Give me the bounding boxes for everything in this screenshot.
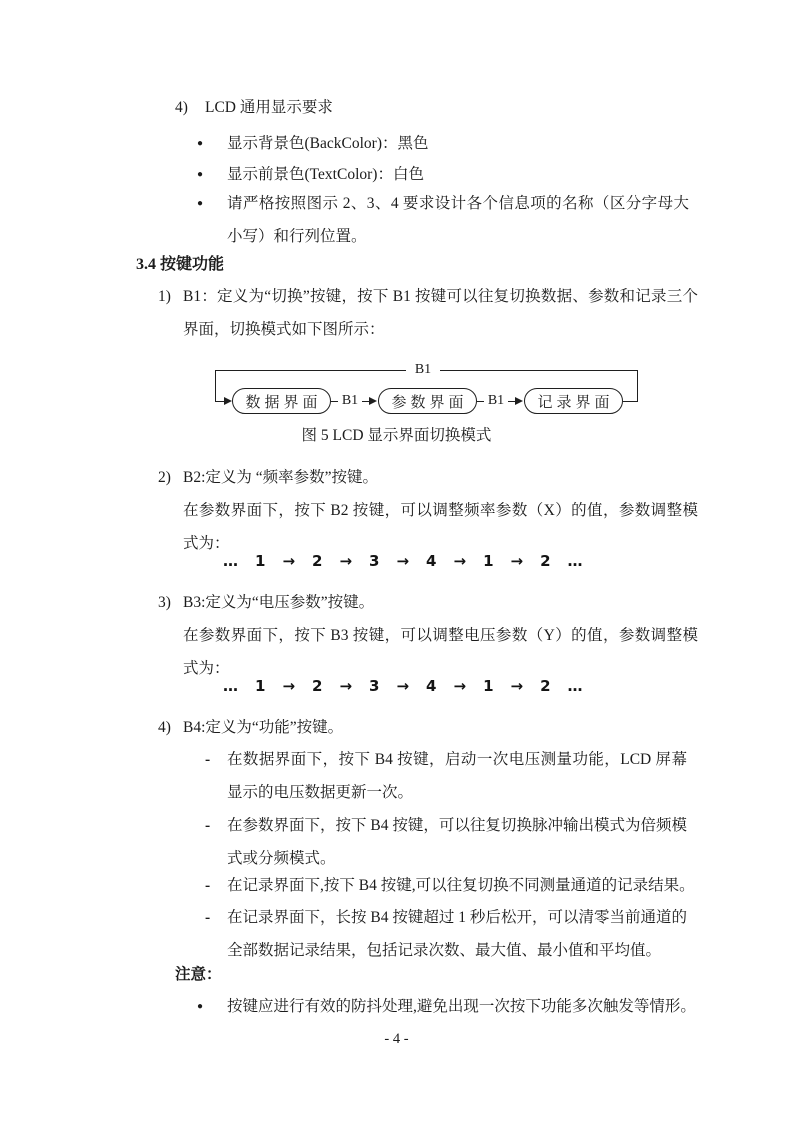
bullet-text: 按键应进行有效的防抖处理,避免出现一次按下功能多次触发等情形。 [227,990,689,1023]
list-marker: 1) [158,280,183,313]
bullet-text: 请严格按照图示 2、3、4 要求设计各个信息项的名称（区分字母大小写）和行列位置… [227,187,689,253]
diagram-box-data-screen: 数据界面 [232,388,331,414]
list-item-text: B3:定义为“电压参数”按键。 在参数界面下，按下 B3 按键，可以调整电压参数… [183,586,698,685]
list-item-b2: 2) B2:定义为 “频率参数”按键。 在参数界面下，按下 B2 按键，可以调整… [158,461,698,560]
seq-token: … [223,551,238,571]
dash-marker: - [205,809,227,842]
seq-token: 3 [369,551,379,571]
diagram-link1-label: B1 [338,393,362,409]
diagram-loop-label: B1 [406,362,440,378]
param-cycle-sequence-1: … 1 → 2 → 3 → 4 → 1 → 2 … [223,551,583,571]
list-marker: 3) [158,586,183,619]
figure-lcd-switch-diagram: B1 数据界面 B1 参数界面 B1 记录界面 图 5 LCD 显示界面切换模式 [0,356,793,464]
dash-marker: - [205,869,227,902]
diagram-box-param-screen: 参数界面 [378,388,477,414]
bullet-icon: ● [197,187,227,220]
arrowhead-into-data-box [224,397,232,405]
dash-text: 在记录界面下,按下 B4 按键,可以往复切换不同测量通道的记录结果。 [227,869,695,902]
right-arrow-icon: → [282,676,295,696]
diagram-link2-label: B1 [484,393,508,409]
bullet-icon: ● [197,127,227,160]
dash-marker: - [205,743,227,776]
list-item-text: B2:定义为 “频率参数”按键。 在参数界面下，按下 B2 按键，可以调整频率参… [183,461,698,560]
note-label: 注意： [175,958,222,991]
right-arrow-icon: → [282,551,295,571]
seq-token: … [568,676,583,696]
b3-definition: B3:定义为“电压参数”按键。 [183,586,698,619]
dash-item-b4-long-press: - 在记录界面下，长按 B4 按键超过 1 秒后松开，可以清零当前通道的全部数据… [205,901,687,967]
diagram-box-label: 参数界面 [391,391,467,412]
seq-token: 1 [483,676,493,696]
list-marker: 4) [175,91,205,124]
list-item-b3: 3) B3:定义为“电压参数”按键。 在参数界面下，按下 B3 按键，可以调整电… [158,586,698,685]
seq-token: 1 [483,551,493,571]
figure-caption: 图 5 LCD 显示界面切换模式 [0,426,793,446]
section-heading: 3.4 按键功能 [136,248,224,281]
dash-text: 在参数界面下，按下 B4 按键，可以往复切换脉冲输出模式为倍频模式或分频模式。 [227,809,687,875]
diagram-box-label: 记录界面 [537,391,613,412]
right-arrow-icon: → [453,676,466,696]
document-page: 4) LCD 通用显示要求 ● 显示背景色(BackColor)：黑色 ● 显示… [0,0,793,1122]
diagram-loop-right-line [637,370,638,401]
dash-text: 在记录界面下，长按 B4 按键超过 1 秒后松开，可以清零当前通道的全部数据记录… [227,901,687,967]
seq-token: 2 [540,551,550,571]
list-item-b4: 4) B4:定义为“功能”按键。 [158,711,698,744]
diagram-box-record-screen: 记录界面 [524,388,623,414]
right-arrow-icon: → [511,551,524,571]
dash-item-b4-param-screen: - 在参数界面下，按下 B4 按键，可以往复切换脉冲输出模式为倍频模式或分频模式… [205,809,687,875]
bullet-icon: ● [197,990,227,1023]
dash-item-b4-data-screen: - 在数据界面下，按下 B4 按键，启动一次电压测量功能，LCD 屏幕显示的电压… [205,743,687,809]
diagram-box-label: 数据界面 [245,391,321,412]
b2-definition: B2:定义为 “频率参数”按键。 [183,461,698,494]
dash-item-b4-record-screen: - 在记录界面下,按下 B4 按键,可以往复切换不同测量通道的记录结果。 [205,869,687,902]
right-arrow-icon: → [453,551,466,571]
seq-token: 1 [255,551,265,571]
right-arrow-icon: → [339,676,352,696]
seq-token: 2 [312,551,322,571]
b4-definition: B4:定义为“功能”按键。 [183,711,698,744]
right-arrow-icon: → [339,551,352,571]
list-marker: 4) [158,711,183,744]
diagram-loop-left-line [215,370,216,401]
param-cycle-sequence-2: … 1 → 2 → 3 → 4 → 1 → 2 … [223,676,583,696]
seq-token: 3 [369,676,379,696]
seq-token: 1 [255,676,265,696]
seq-token: 2 [312,676,322,696]
dash-text: 在数据界面下，按下 B4 按键，启动一次电压测量功能，LCD 屏幕显示的电压数据… [227,743,687,809]
right-arrow-icon: → [396,676,409,696]
list-marker: 2) [158,461,183,494]
bullet-item-debounce-note: ● 按键应进行有效的防抖处理,避免出现一次按下功能多次触发等情形。 [197,990,689,1023]
seq-token: … [223,676,238,696]
arrowhead-into-param-box [369,397,377,405]
dash-marker: - [205,901,227,934]
page-number: - 4 - [0,1031,793,1047]
bullet-item-backcolor: ● 显示背景色(BackColor)：黑色 [197,127,689,160]
right-arrow-icon: → [396,551,409,571]
arrowhead-into-record-box [515,397,523,405]
seq-token: … [568,551,583,571]
seq-token: 2 [540,676,550,696]
list-item-text: B1：定义为“切换”按键，按下 B1 按键可以往复切换数据、参数和记录三个界面，… [183,280,698,346]
diagram-loop-exit-line [623,401,638,402]
list-item-lcd-requirements: 4) LCD 通用显示要求 [175,91,695,124]
seq-token: 4 [426,551,436,571]
list-item-text: LCD 通用显示要求 [205,91,333,124]
seq-token: 4 [426,676,436,696]
bullet-text: 显示背景色(BackColor)：黑色 [227,127,689,160]
right-arrow-icon: → [511,676,524,696]
bullet-item-layout-requirement: ● 请严格按照图示 2、3、4 要求设计各个信息项的名称（区分字母大小写）和行列… [197,187,689,253]
list-item-b1: 1) B1：定义为“切换”按键，按下 B1 按键可以往复切换数据、参数和记录三个… [158,280,698,346]
